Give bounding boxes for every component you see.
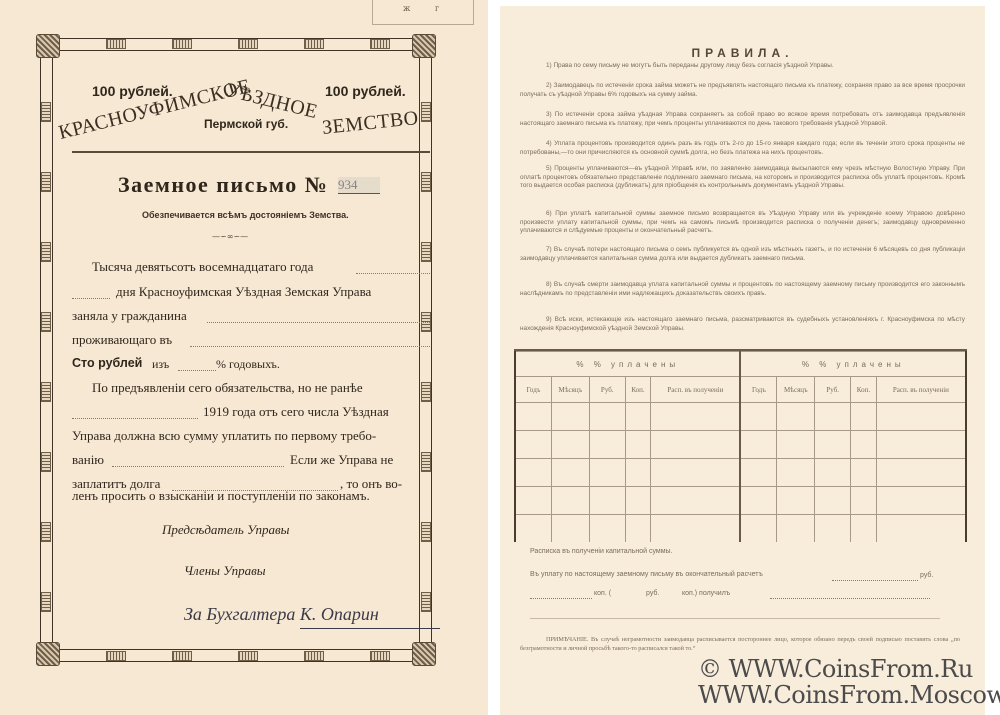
term-fill-line <box>72 418 198 419</box>
rule-7: 7) Въ случаѣ потери настоящаго письма о … <box>520 246 965 263</box>
kop-fill-line <box>530 598 592 599</box>
border-ornament-icon <box>370 651 390 661</box>
rule-6: 6) При уплатѣ капитальной суммы заемное … <box>520 210 965 236</box>
border-ornament-icon <box>304 651 324 661</box>
body-line-8: Управа должна всю сумму уплатить по перв… <box>72 428 376 444</box>
body-line-2: дня Красноуфимская Уѣздная Земская Управ… <box>116 284 371 300</box>
border-ornament-icon <box>304 39 324 49</box>
receipt-kop: коп. ( <box>594 590 611 597</box>
border-ornament-icon <box>106 39 126 49</box>
group-header: % % уплачены <box>740 352 966 377</box>
body-line-3: заняла у гражданина <box>72 308 187 324</box>
note: ПРИМѢЧАНIЕ. Въ случаѣ неграмотности заим… <box>520 636 960 653</box>
body-line-9a: ванiю <box>72 452 104 468</box>
signature-line <box>300 628 440 629</box>
demand-fill-line <box>112 466 284 467</box>
watermark-line-2: WWW.CoinsFrom.Moscow <box>698 681 1000 709</box>
col-header-kop: Коп. <box>625 377 651 403</box>
corner-ornament-icon <box>412 34 436 58</box>
rule-4: 4) Уплата процентовъ производится одинъ … <box>520 140 965 157</box>
interest-fill-line <box>178 370 216 371</box>
accountant-signature: За Бухгалтера К. Опарин <box>184 604 379 625</box>
amount-label: Сто рублей <box>72 356 142 370</box>
received-by-fill-line <box>770 598 930 599</box>
body-line-5b: % годовыхъ. <box>216 357 280 372</box>
border-ornament-icon <box>106 651 126 661</box>
lender-name-fill-line <box>207 322 430 323</box>
border-ornament-icon <box>238 651 258 661</box>
col-header-receipt: Расп. въ полученiи <box>651 377 741 403</box>
province-label: Пермской губ. <box>204 117 288 131</box>
border-ornament-icon <box>370 39 390 49</box>
col-header-rub: Руб. <box>589 377 625 403</box>
table-row <box>515 431 966 459</box>
col-header-receipt: Расп. въ полученiи <box>876 377 966 403</box>
stamp-box: ж г <box>372 0 474 25</box>
receipt-rub: руб. <box>920 572 933 579</box>
members-label: Члены Управы <box>184 563 266 579</box>
subtitle: Обезпечивается всѣмъ достоянiемъ Земства… <box>142 210 349 220</box>
rule-2: 2) Заимодавецъ по истеченiи срока займа … <box>520 82 965 99</box>
corner-ornament-icon <box>36 642 60 666</box>
residence-fill-line <box>190 346 430 347</box>
rules-title: ПРАВИЛА. <box>500 46 985 60</box>
body-line-7: 1919 года отъ сего числа Уѣздная <box>203 404 389 420</box>
rule-9: 9) Всѣ иски, истекающiе изъ настоящаго з… <box>520 316 965 333</box>
receipt-line-1: Въ уплату по настоящему заемному письму … <box>530 571 763 578</box>
body-line-1: Тысяча девятьсотъ восемнадцатаго года <box>92 259 313 275</box>
corner-ornament-icon <box>412 642 436 666</box>
stamp-mark: ж <box>403 4 410 13</box>
col-header-year: Годъ <box>740 377 776 403</box>
table-row <box>515 403 966 431</box>
serial-number: 934 <box>338 177 380 194</box>
loan-letter-back: ПРАВИЛА. 1) Права по сему письму не могу… <box>500 6 985 715</box>
rule-5: 5) Проценты уплачиваются—въ уѣздной Упра… <box>520 165 965 191</box>
group-header: % % уплачены <box>515 352 740 377</box>
body-line-6: По предъявленiи сего обязательства, но н… <box>92 380 363 396</box>
col-header-kop: Коп. <box>851 377 877 403</box>
rule-1: 1) Права по сему письму не могутъ быть п… <box>520 62 965 71</box>
loan-letter-front: ж г 100 рублей. 100 рублей. <box>0 0 488 715</box>
receipt-title: Расписка въ полученiи капитальной суммы. <box>530 548 673 555</box>
border-ornament-icon <box>172 651 192 661</box>
col-header-month: Мѣсяцъ <box>551 377 589 403</box>
final-amount-fill-line <box>832 580 918 581</box>
day-fill-line <box>72 298 110 299</box>
table-row <box>515 459 966 487</box>
receipt-rub2: руб. <box>646 590 659 597</box>
title-divider <box>72 151 430 153</box>
receipt-kop2: коп.) получилъ <box>682 590 730 597</box>
rule-8: 8) Въ случаѣ смерти заимодавца уплата ка… <box>520 281 965 298</box>
date-fill-line <box>356 273 430 274</box>
table-row <box>515 487 966 515</box>
corner-ornament-icon <box>36 34 60 58</box>
chairman-label: Предсѣдатель Управы <box>162 522 289 538</box>
body-line-4: проживающаго въ <box>72 332 172 348</box>
flourish-divider-icon: —∽∞∽— <box>212 232 248 241</box>
rule-3: 3) По истеченiи срока займа уѣздная Упра… <box>520 111 965 128</box>
denomination-right: 100 рублей. <box>325 83 406 99</box>
body-line-11: ленъ просить о взысканiи и поступленiи п… <box>72 488 370 504</box>
col-header-year: Годъ <box>515 377 551 403</box>
col-header-month: Мѣсяцъ <box>777 377 815 403</box>
body-line-9b: Если же Управа не <box>290 452 393 468</box>
col-header-rub: Руб. <box>815 377 851 403</box>
stamp-mark: г <box>435 4 439 13</box>
document-title: Заемное письмо № <box>118 172 328 198</box>
watermark-line-1: © WWW.CoinsFrom.Ru <box>698 655 973 683</box>
table-row <box>515 515 966 543</box>
border-ornament-icon <box>172 39 192 49</box>
interest-payments-table: % % уплачены % % уплачены Годъ Мѣсяцъ Ру… <box>514 351 967 542</box>
issuer-arc-part: ЗЕМСТВО <box>321 107 420 140</box>
body-line-5a: изъ <box>152 357 169 372</box>
divider <box>530 618 940 619</box>
border-ornament-icon <box>238 39 258 49</box>
